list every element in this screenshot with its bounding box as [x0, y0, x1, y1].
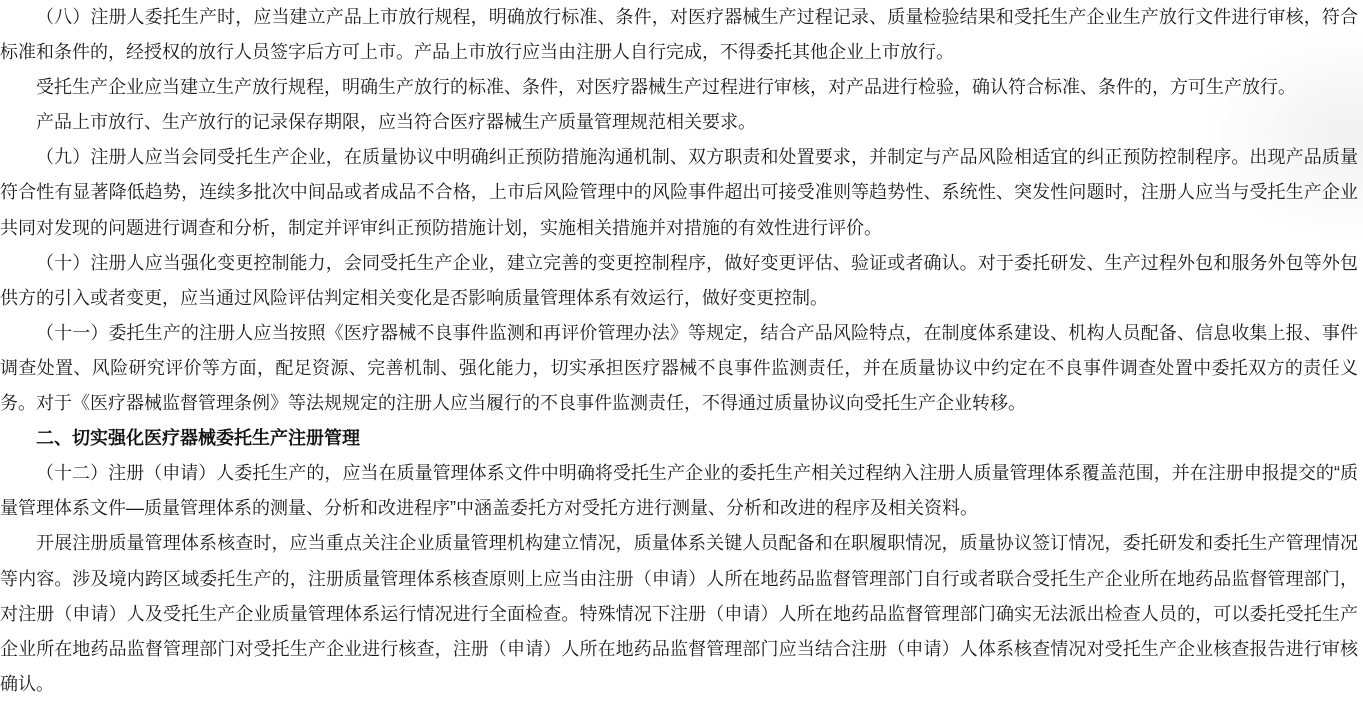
paragraph-item-10: （十）注册人应当强化变更控制能力，会同受托生产企业，建立完善的变更控制程序，做好…: [0, 246, 1358, 316]
paragraph-item-12: （十二）注册（申请）人委托生产的，应当在质量管理体系文件中明确将受托生产企业的委…: [0, 456, 1358, 526]
paragraph-entrusted-release: 受托生产企业应当建立生产放行规程，明确生产放行的标准、条件，对医疗器械生产过程进…: [0, 70, 1358, 105]
paragraph-item-11: （十一）委托生产的注册人应当按照《医疗器械不良事件监测和再评价管理办法》等规定，…: [0, 316, 1358, 421]
paragraph-record-retention: 产品上市放行、生产放行的记录保存期限，应当符合医疗器械生产质量管理规范相关要求。: [0, 105, 1358, 140]
section-heading: 二、切实强化医疗器械委托生产注册管理: [0, 421, 1358, 456]
paragraph-item-9: （九）注册人应当会同受托生产企业，在质量协议中明确纠正预防措施沟通机制、双方职责…: [0, 140, 1358, 245]
document-body: （八）注册人委托生产时，应当建立产品上市放行规程，明确放行标准、条件，对医疗器械…: [0, 0, 1363, 712]
paragraph-item-8: （八）注册人委托生产时，应当建立产品上市放行规程，明确放行标准、条件，对医疗器械…: [0, 0, 1358, 70]
paragraph-system-inspection: 开展注册质量管理体系核查时，应当重点关注企业质量管理机构建立情况，质量体系关键人…: [0, 526, 1358, 701]
